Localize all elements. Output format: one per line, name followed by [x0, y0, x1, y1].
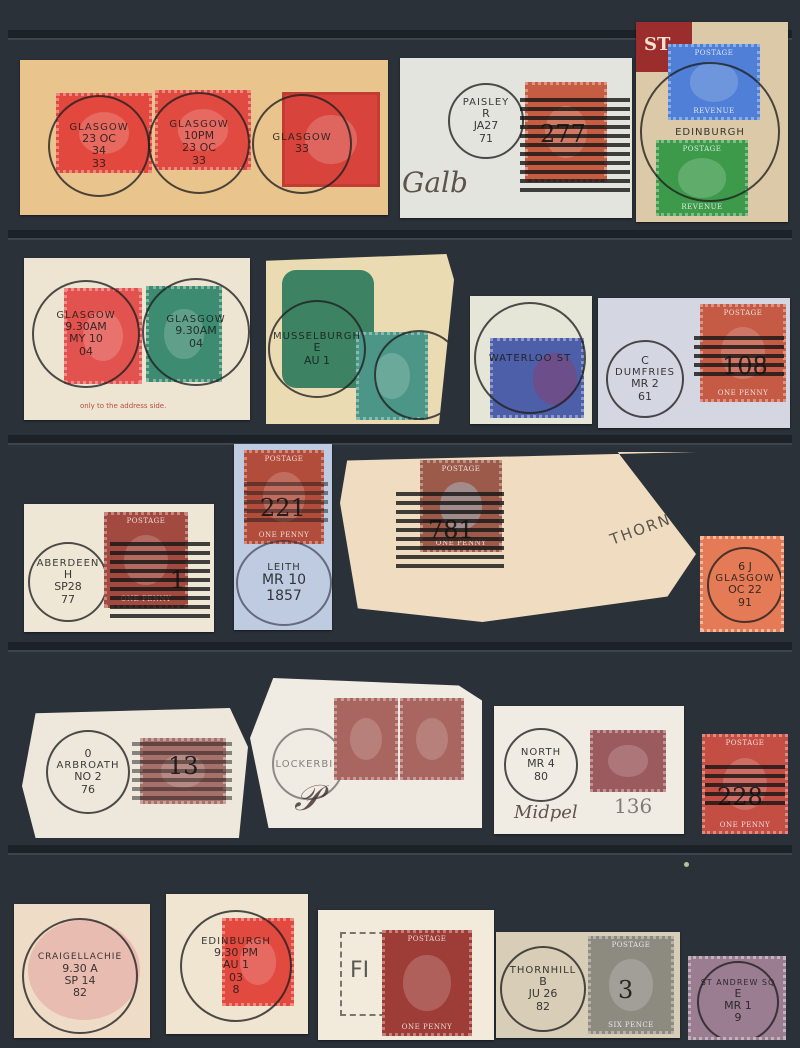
postmark: EDINBURGH 9.30 PM AU 1 03 8: [180, 910, 292, 1022]
numeral-cancel: 136: [614, 794, 652, 818]
postmark: GLASGOW 23 OC 34 33: [48, 95, 150, 197]
thornton-piece: POSTAGE ONE PENNY 781 THORNTO: [340, 452, 696, 622]
postmark: LEITH MR 10 1857: [236, 540, 332, 626]
arbroath-piece: 0 ARBROATH NO 2 76 13: [22, 708, 248, 838]
stamp: [400, 698, 464, 780]
postmark: PAISLEY R JA27 71: [448, 83, 524, 159]
album-strip: [8, 435, 792, 445]
glasgow-strip: GLASGOW 23 OC 34 33 GLASGOW 10PM 23 OC 3…: [20, 60, 388, 215]
stamp-album-page: { "page": {"subject": "Stamp album page …: [0, 0, 800, 1048]
stamp: [590, 730, 666, 792]
glasgow-jubilee: 6 J GLASGOW OC 22 91: [700, 536, 784, 632]
waterloo-piece: WATERLOO ST: [470, 296, 592, 424]
craigellachie-piece: CRAIGELLACHIE 9.30 A SP 14 82: [14, 904, 150, 1038]
dust-speck: [684, 862, 689, 867]
edinburgh-1903: EDINBURGH 9.30 PM AU 1 03 8: [166, 894, 308, 1034]
postmark: ST ANDREW SQ E MR 1 9: [697, 961, 779, 1040]
postmark: EDINBURGH: [640, 62, 780, 202]
numeral-cancel: 228: [717, 783, 763, 811]
postmark: 6 J GLASGOW OC 22 91: [707, 547, 783, 623]
penny-red-228: POSTAGE 228 ONE PENNY: [702, 734, 788, 834]
numeral-cancel: 277: [540, 120, 586, 148]
postmark: GLASGOW 9.30AM 04: [142, 278, 250, 386]
postmark: CRAIGELLACHIE 9.30 A SP 14 82: [22, 918, 138, 1034]
postmark: GLASGOW 10PM 23 OC 33: [148, 92, 250, 194]
postmark: C DUMFRIES MR 2 61: [606, 340, 684, 418]
handwriting: Galb: [402, 166, 468, 199]
numeral-cancel: 108: [722, 352, 768, 380]
album-strip: [8, 230, 792, 240]
aberdeen-piece: ABERDEEN H SP28 77 POSTAGE ONE PENNY 1: [24, 504, 214, 632]
fi-piece: FI POSTAGE ONE PENNY: [318, 910, 494, 1040]
postmark: ABERDEEN H SP28 77: [28, 542, 108, 622]
numeral-cancel: 1: [170, 566, 185, 594]
numeral-cancel: 13: [168, 752, 199, 780]
stamp: [334, 698, 398, 780]
postmark: THORNHILL B JU 26 82: [500, 946, 586, 1032]
stamp: POSTAGE ONE PENNY: [382, 930, 472, 1036]
edinburgh-piece: ST POSTAGE REVENUE POSTAGE REVENUE EDINB…: [636, 22, 788, 222]
edinburgh-lilac: ST ANDREW SQ E MR 1 9: [688, 956, 786, 1040]
numeral-cancel: 3: [618, 976, 633, 1004]
postmark: NORTH MR 4 80: [504, 728, 578, 802]
numeral-cancel: 781: [428, 516, 474, 544]
printed-note: only to the address side.: [80, 402, 166, 410]
thornhill-piece: THORNHILL B JU 26 82 POSTAGE SIX PENCE 3: [496, 932, 680, 1038]
postmark: 0 ARBROATH NO 2 76: [46, 730, 130, 814]
lockerbie-piece: LOCKERBIE 𝒫: [250, 678, 482, 828]
numeral-cancel: 221: [260, 494, 306, 522]
handstamp: FI: [350, 958, 369, 983]
musselburgh-piece: MUSSELBURGH E AU 1: [266, 254, 454, 424]
cancel-bars: [110, 542, 210, 622]
postmark: MUSSELBURGH E AU 1: [268, 300, 366, 398]
handwriting: Midpel: [514, 802, 578, 823]
postmark: [374, 330, 464, 420]
album-strip: [8, 845, 792, 855]
postmark: GLASGOW 33: [252, 94, 352, 194]
album-strip: [8, 642, 792, 652]
north-piece: NORTH MR 4 80 136 Midpel: [494, 706, 684, 834]
paisley-piece: PAISLEY R JA27 71 277 Galb: [400, 58, 632, 218]
leith-piece: POSTAGE ONE PENNY 221 LEITH MR 10 1857: [234, 444, 332, 630]
dumfries-piece: C DUMFRIES MR 2 61 POSTAGE ONE PENNY 108: [598, 298, 790, 428]
postmark: WATERLOO ST: [474, 302, 586, 414]
postmark: GLASGOW 9.30AM MY 10 04: [32, 280, 140, 388]
glasgow-pair: GLASGOW 9.30AM MY 10 04 GLASGOW 9.30AM 0…: [24, 258, 250, 420]
handstamp: THORNTO: [608, 501, 698, 548]
